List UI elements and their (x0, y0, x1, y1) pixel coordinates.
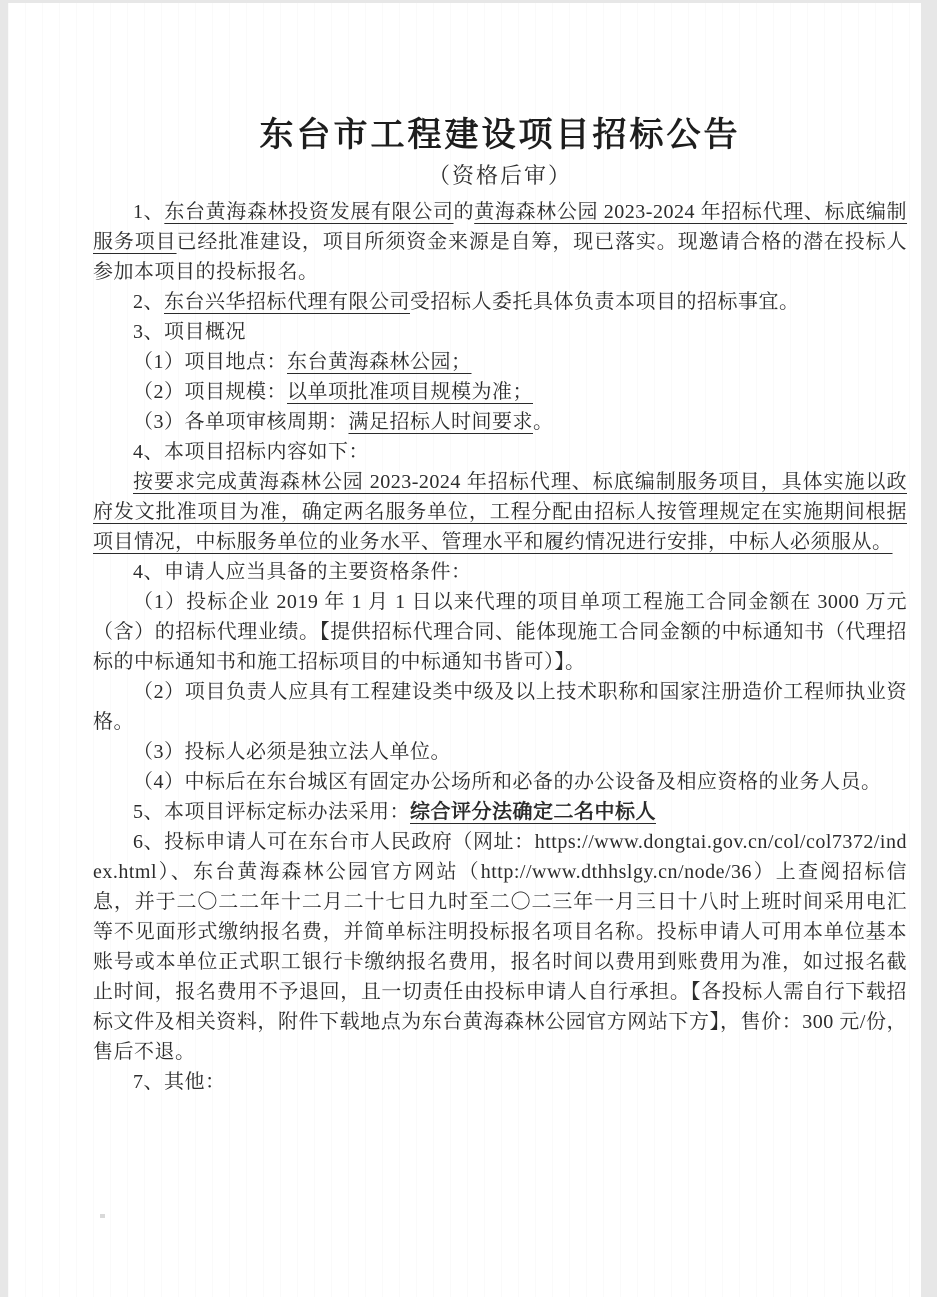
text-run: 2、 (133, 291, 164, 313)
para-5-evaluation-method: 5、本项目评标定标办法采用：综合评分法确定二名中标人 (93, 797, 907, 827)
text-run: （1）投标企业 2019 年 1 月 1 日以来代理的项目单项工程施工合同金额在… (93, 591, 907, 673)
text-run: （3）各单项审核周期： (133, 411, 349, 433)
para-1-project-approval: 1、东台黄海森林投资发展有限公司的黄海森林公园 2023-2024 年招标代理、… (93, 197, 907, 287)
text-run: 4、申请人应当具备的主要资格条件： (133, 561, 472, 583)
text-run: 6、投标申请人可在东台市人民政府（网址：https://www.dongtai.… (93, 831, 907, 1063)
document-subtitle: （资格后审） (93, 159, 907, 190)
para-7-other: 7、其他： (93, 1067, 907, 1097)
text-run: （3）投标人必须是独立法人单位。 (133, 741, 451, 763)
text-run: 满足招标人时间要求 (349, 411, 534, 433)
scanner-top-edge (0, 0, 937, 3)
para-3-3-review-cycle: （3）各单项审核周期：满足招标人时间要求。 (93, 407, 907, 437)
text-run: 按要求完成黄海森林公园 2023-2024 年招标代理、标底编制服务项目，具体实… (93, 471, 907, 553)
text-run: 7、其他： (133, 1071, 226, 1093)
text-run: 东台黄海森林投资发展有限公司 (164, 201, 453, 223)
text-run: （2）项目负责人应具有工程建设类中级及以上技术职称和国家注册造价工程师执业资格。 (93, 681, 907, 733)
para-3-2-scale: （2）项目规模：以单项批准项目规模为准； (93, 377, 907, 407)
text-run: 受招标人委托具体负责本项目的招标事宜。 (410, 291, 800, 313)
text-run: 的 (454, 201, 475, 223)
document-title: 东台市工程建设项目招标公告 (93, 107, 907, 156)
para-4-qualification-heading: 4、申请人应当具备的主要资格条件： (93, 557, 907, 587)
text-run: （1）项目地点： (133, 351, 287, 373)
text-run: 综合评分法确定二名中标人 (410, 801, 656, 823)
scanned-document-viewport: 东台市工程建设项目招标公告 （资格后审） 1、东台黄海森林投资发展有限公司的黄海… (0, 0, 937, 1297)
text-run: 以单项批准项目规模为准； (287, 381, 533, 403)
text-run: 东台兴华招标代理有限公司 (164, 291, 410, 313)
document-body: 1、东台黄海森林投资发展有限公司的黄海森林公园 2023-2024 年招标代理、… (93, 197, 907, 1097)
para-6-registration: 6、投标申请人可在东台市人民政府（网址：https://www.dongtai.… (93, 827, 907, 1067)
para-3-1-location: （1）项目地点：东台黄海森林公园； (93, 347, 907, 377)
para-4-4-office: （4）中标后在东台城区有固定办公场所和必备的办公设备及相应资格的业务人员。 (93, 767, 907, 797)
document-page: 东台市工程建设项目招标公告 （资格后审） 1、东台黄海森林投资发展有限公司的黄海… (8, 3, 921, 1297)
text-run: 。 (533, 411, 554, 433)
text-run: 1、 (133, 201, 164, 223)
para-2-agency: 2、东台兴华招标代理有限公司受招标人委托具体负责本项目的招标事宜。 (93, 287, 907, 317)
text-run: 已经批准建设，项目所须资金来源是自筹，现已落实。现邀请合格的潜在投标人参加本项目… (93, 231, 907, 283)
para-3-overview-heading: 3、项目概况 (93, 317, 907, 347)
text-run: 5、本项目评标定标办法采用： (133, 801, 410, 823)
text-run: 3、项目概况 (133, 321, 246, 343)
text-run: 4、本项目招标内容如下： (133, 441, 369, 463)
scan-artifact-speck (100, 1214, 105, 1218)
para-4-content-heading: 4、本项目招标内容如下： (93, 437, 907, 467)
text-run: （2）项目规模： (133, 381, 287, 403)
text-run: 东台黄海森林公园； (287, 351, 472, 373)
para-4-1-performance: （1）投标企业 2019 年 1 月 1 日以来代理的项目单项工程施工合同金额在… (93, 587, 907, 677)
para-4-2-project-leader: （2）项目负责人应具有工程建设类中级及以上技术职称和国家注册造价工程师执业资格。 (93, 677, 907, 737)
para-4-content-body: 按要求完成黄海森林公园 2023-2024 年招标代理、标底编制服务项目，具体实… (93, 467, 907, 557)
para-4-3-legal-entity: （3）投标人必须是独立法人单位。 (93, 737, 907, 767)
document-content: 东台市工程建设项目招标公告 （资格后审） 1、东台黄海森林投资发展有限公司的黄海… (8, 3, 921, 1097)
text-run: （4）中标后在东台城区有固定办公场所和必备的办公设备及相应资格的业务人员。 (133, 771, 882, 793)
